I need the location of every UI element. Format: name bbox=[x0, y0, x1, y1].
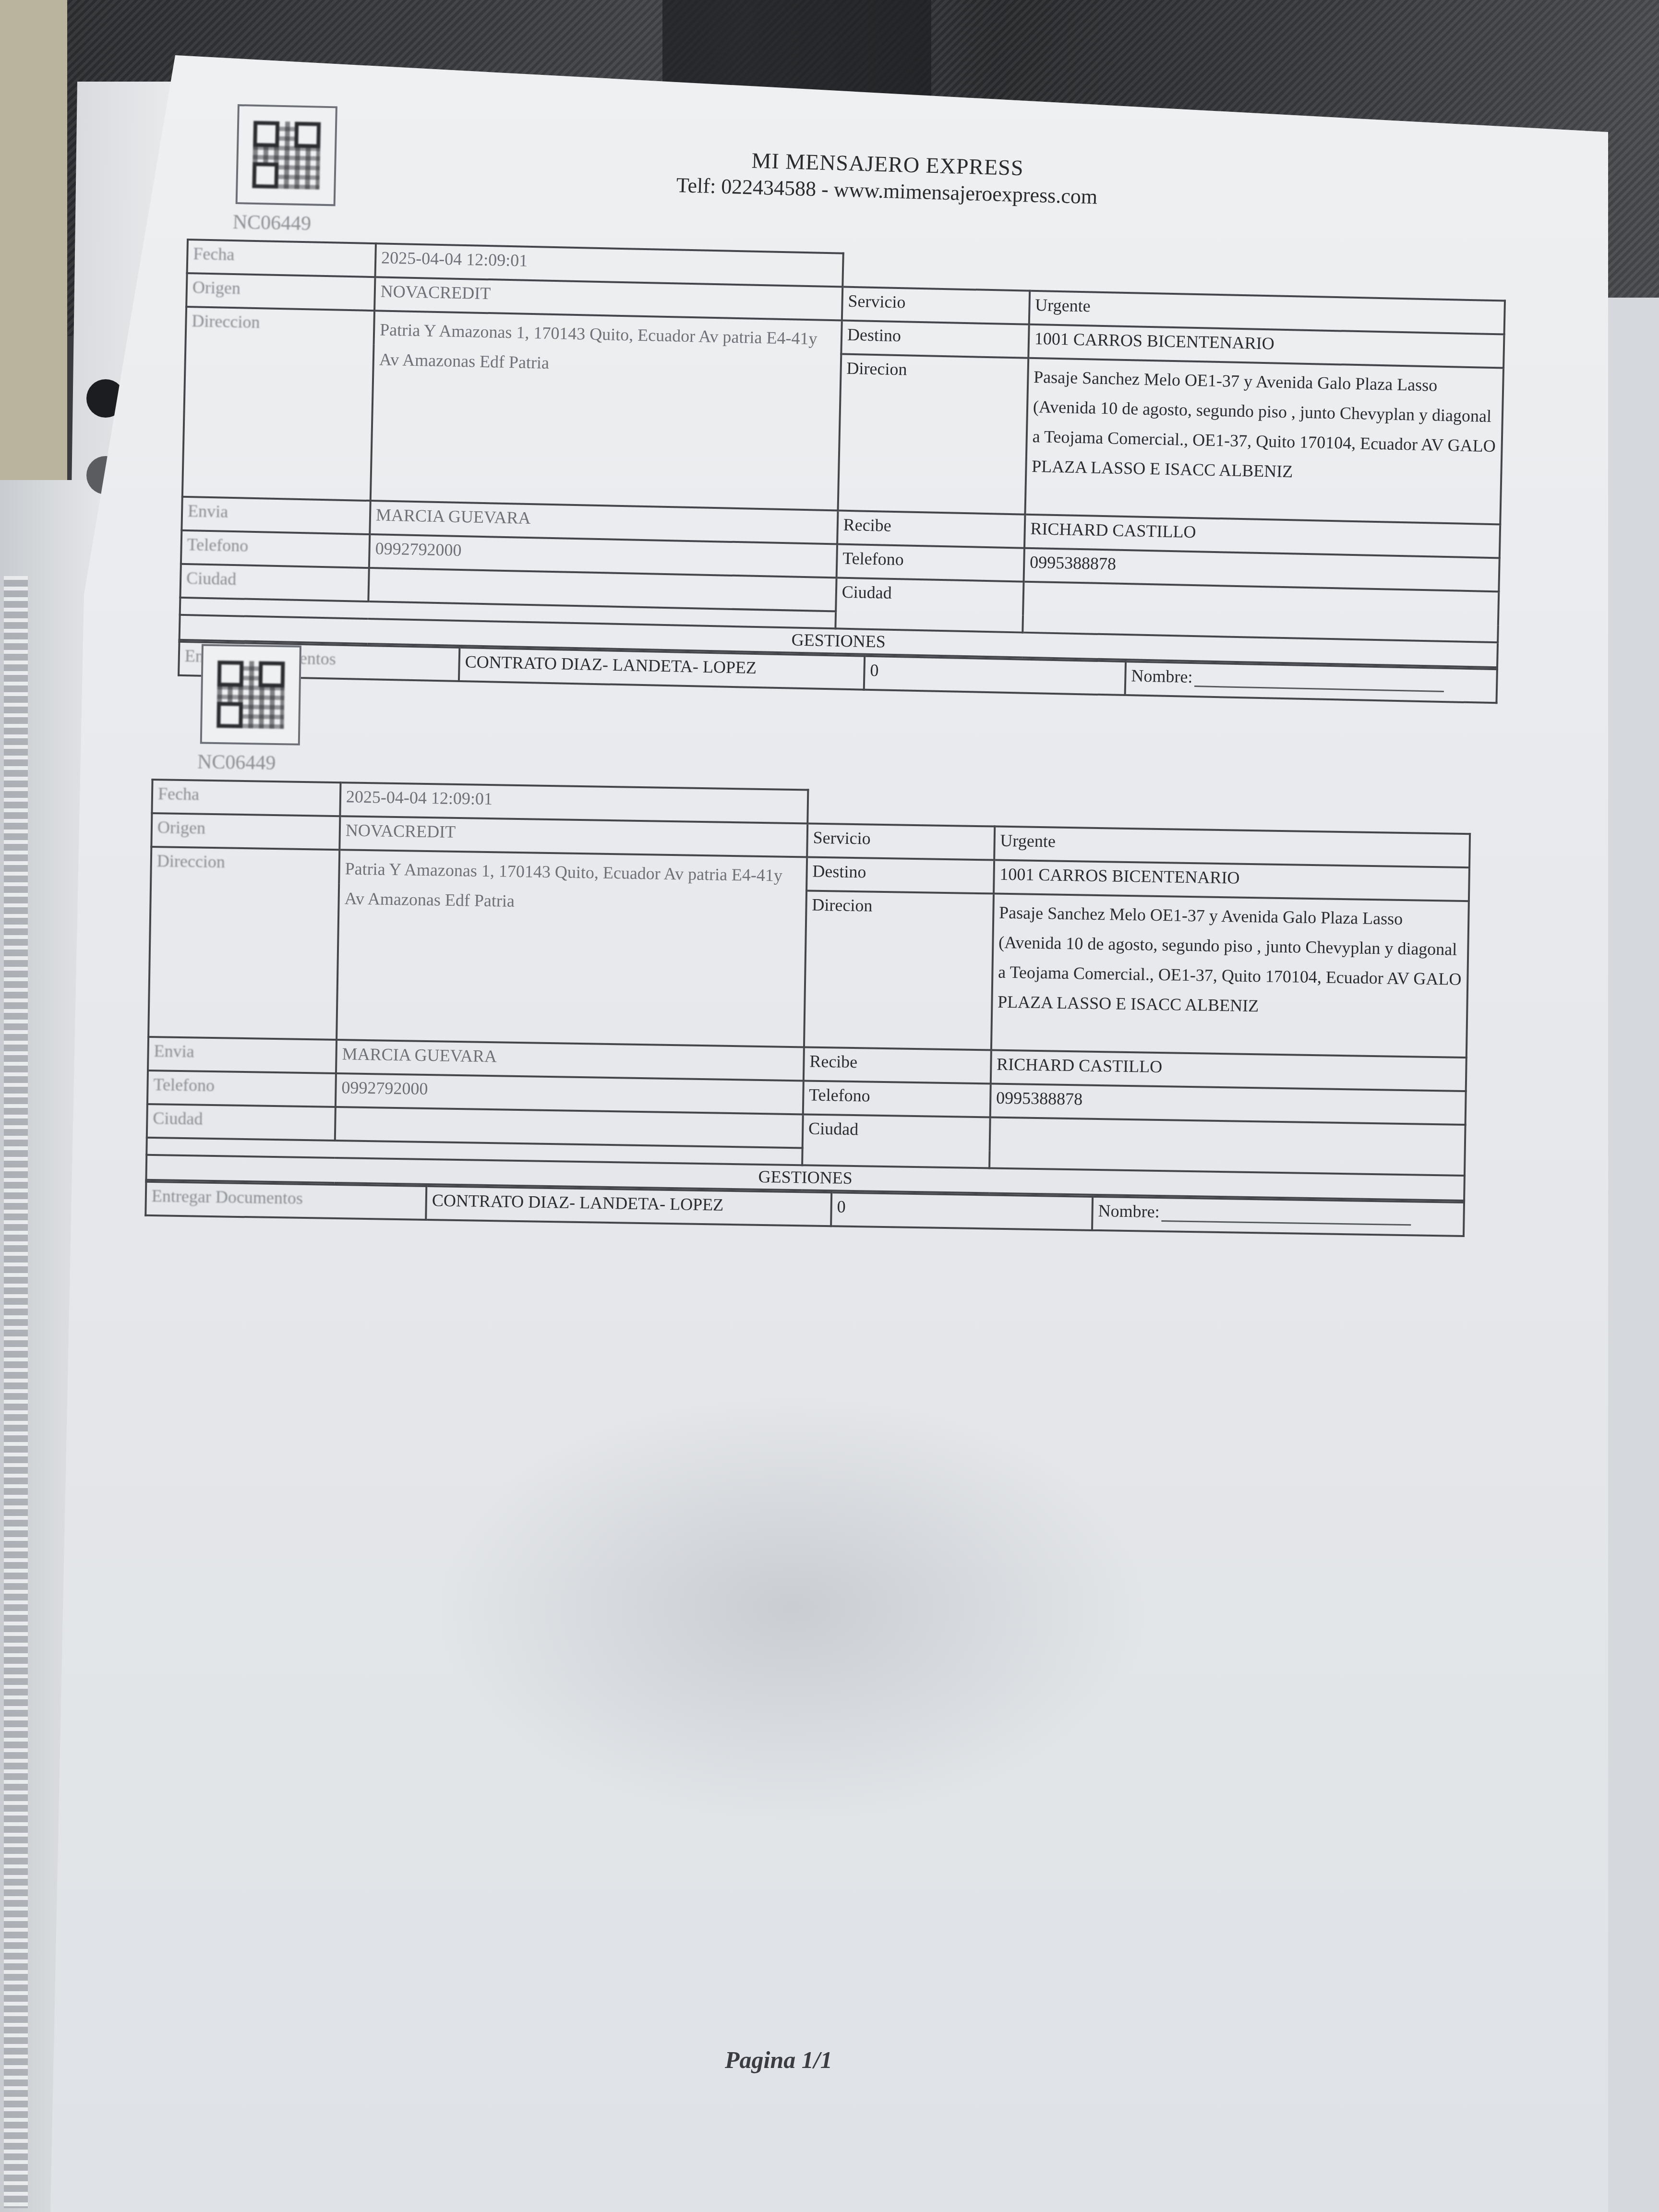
label-origen: Origen bbox=[186, 273, 375, 311]
label-entregar-documentos: Entregar Documentos bbox=[145, 1182, 426, 1220]
label-recibe: Recibe bbox=[804, 1047, 991, 1083]
label-ciudad-destino: Ciudad bbox=[835, 577, 1023, 632]
label-destino: Destino bbox=[841, 321, 1029, 358]
label-destino: Destino bbox=[806, 857, 994, 893]
background-wall bbox=[0, 0, 67, 480]
label-telefono: Telefono bbox=[181, 530, 370, 568]
qr-code-icon bbox=[200, 644, 301, 745]
label-nombre: Nombre: bbox=[1098, 1201, 1160, 1221]
value-documento: CONTRATO DIAZ- LANDETA- LOPEZ bbox=[426, 1186, 831, 1226]
label-ciudad: Ciudad bbox=[180, 564, 369, 601]
value-direccion-destino: Pasaje Sanchez Melo OE1-37 y Avenida Gal… bbox=[1025, 358, 1503, 525]
value-ciudad-destino bbox=[1022, 582, 1499, 643]
value-direccion: Patria Y Amazonas 1, 170143 Quito, Ecuad… bbox=[337, 850, 807, 1047]
value-direccion-destino: Pasaje Sanchez Melo OE1-37 y Avenida Gal… bbox=[991, 894, 1469, 1058]
label-direccion-destino: Direcion bbox=[804, 890, 994, 1050]
guide-copy-1: NC06449 Fecha 2025-04-04 12:09:01 Origen… bbox=[178, 103, 1509, 704]
label-ciudad-destino: Ciudad bbox=[802, 1114, 990, 1168]
label-origen: Origen bbox=[151, 813, 340, 850]
label-recibe: Recibe bbox=[837, 510, 1025, 548]
label-telefono: Telefono bbox=[147, 1070, 336, 1107]
value-ciudad-destino bbox=[989, 1117, 1466, 1176]
guide-copy-2: NC06449 Fecha 2025-04-04 12:09:01 Origen… bbox=[144, 643, 1473, 1237]
label-ciudad: Ciudad bbox=[147, 1104, 336, 1141]
label-servicio: Servicio bbox=[807, 823, 995, 860]
label-fecha: Fecha bbox=[187, 240, 376, 277]
binder-spiral bbox=[4, 576, 28, 2208]
label-fecha: Fecha bbox=[152, 780, 340, 816]
guide-table: Fecha 2025-04-04 12:09:01 Origen NOVACRE… bbox=[179, 239, 1507, 668]
label-direccion: Direccion bbox=[182, 307, 374, 501]
background-paper-right bbox=[1601, 298, 1659, 2212]
nombre-field: Nombre: bbox=[1092, 1197, 1464, 1236]
value-cantidad: 0 bbox=[831, 1192, 1093, 1230]
label-servicio: Servicio bbox=[842, 287, 1030, 325]
label-direccion: Direccion bbox=[148, 847, 339, 1040]
label-envia: Envia bbox=[181, 497, 370, 534]
signature-line bbox=[1161, 1220, 1411, 1226]
qr-code-icon bbox=[236, 104, 337, 206]
label-envia: Envia bbox=[148, 1037, 337, 1073]
label-direccion-destino: Direcion bbox=[838, 354, 1028, 515]
value-direccion: Patria Y Amazonas 1, 170143 Quito, Ecuad… bbox=[371, 311, 842, 510]
shadow bbox=[432, 1392, 1152, 1824]
label-telefono-destino: Telefono bbox=[803, 1081, 991, 1117]
page-number: Pagina 1/1 bbox=[725, 2046, 832, 2074]
guide-table: Fecha 2025-04-04 12:09:01 Origen NOVACRE… bbox=[145, 779, 1471, 1202]
label-telefono-destino: Telefono bbox=[836, 544, 1024, 581]
